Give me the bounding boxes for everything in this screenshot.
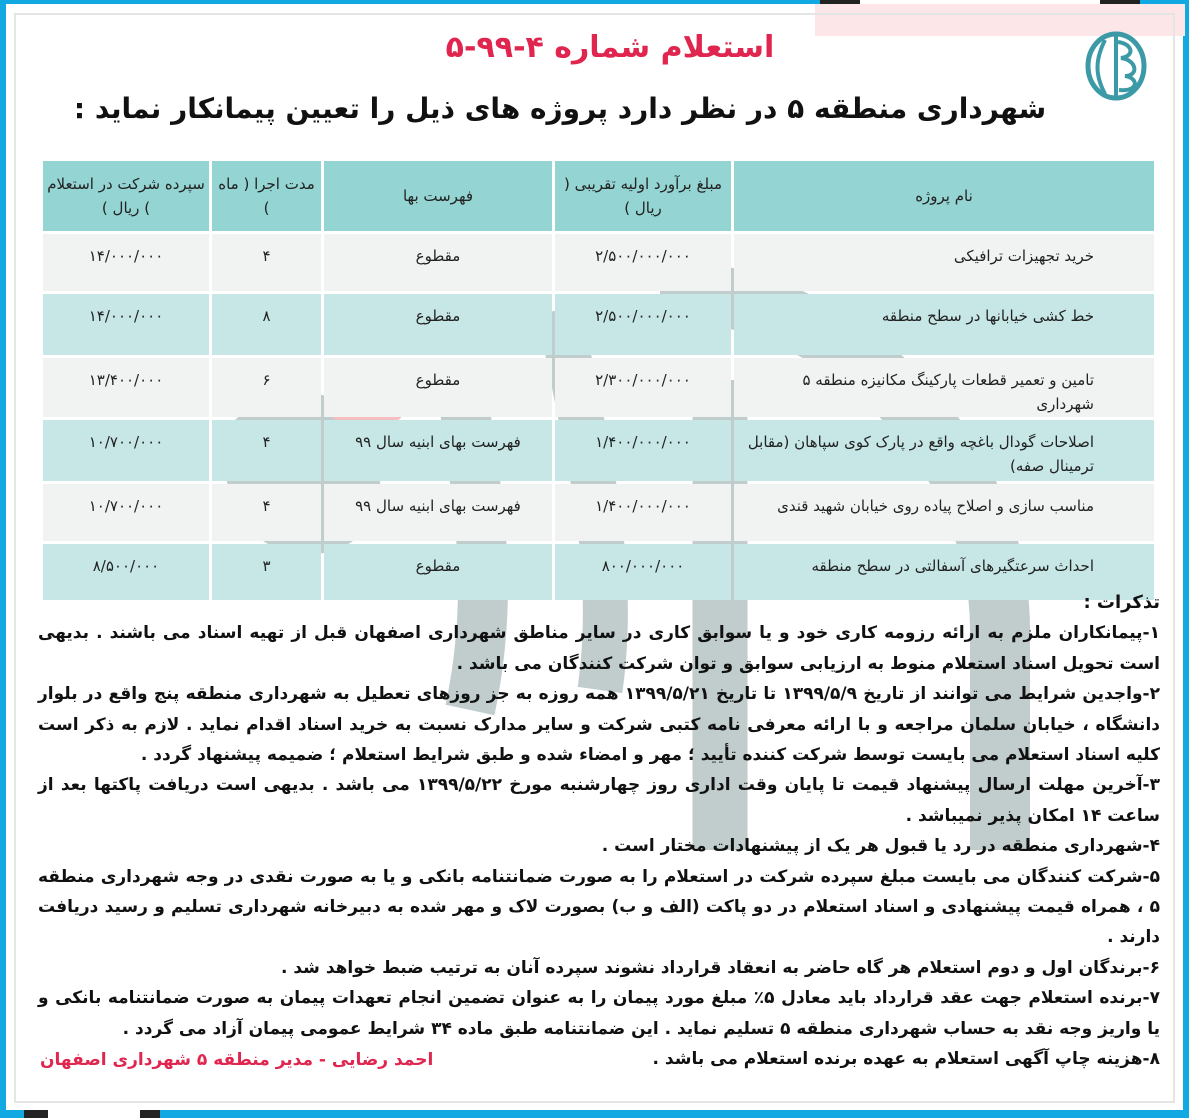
frame-tab-gap (48, 1110, 140, 1118)
cell-estimate: ۲/۵۰۰/۰۰۰/۰۰۰ (555, 234, 731, 291)
cell-duration: ۴ (212, 420, 321, 481)
table-header-row: نام پروژه مبلغ برآورد اولیه تقریبی ( ریا… (43, 161, 1154, 231)
table-row: اصلاحات گودال باغچه واقع در پارک کوی سپا… (43, 420, 1154, 481)
cell-price-list: فهرست بهای ابنیه سال ۹۹ (324, 420, 552, 481)
cell-price-list: مقطوع (324, 234, 552, 291)
cell-deposit: ۱۴/۰۰۰/۰۰۰ (43, 234, 209, 291)
cell-duration: ۸ (212, 294, 321, 355)
isfahan-municipality-logo-icon (1085, 30, 1147, 102)
projects-table: نام پروژه مبلغ برآورد اولیه تقریبی ( ریا… (40, 158, 1157, 603)
cell-duration: ۴ (212, 234, 321, 291)
cell-price-list: مقطوع (324, 294, 552, 355)
cell-project-name: مناسب سازی و اصلاح پیاده روی خیابان شهید… (734, 484, 1154, 541)
column-header-project-name: نام پروژه (734, 161, 1154, 231)
inquiry-title: استعلام شماره ۴-۹۹-۵ (250, 30, 970, 65)
cell-project-name: اصلاحات گودال باغچه واقع در پارک کوی سپا… (734, 420, 1154, 481)
cell-estimate: ۱/۴۰۰/۰۰۰/۰۰۰ (555, 484, 731, 541)
cell-deposit: ۱۳/۴۰۰/۰۰۰ (43, 358, 209, 417)
cell-estimate: ۱/۴۰۰/۰۰۰/۰۰۰ (555, 420, 731, 481)
cell-estimate: ۲/۳۰۰/۰۰۰/۰۰۰ (555, 358, 731, 417)
note-item: ۵-شرکت کنندگان می بایست مبلغ سپرده شرکت … (38, 862, 1160, 953)
cell-project-name: تامین و تعمیر قطعات پارکینگ مکانیزه منطق… (734, 358, 1154, 417)
cell-project-name: خط کشی خیابانها در سطح منطقه (734, 294, 1154, 355)
cell-project-name: خرید تجهیزات ترافیکی (734, 234, 1154, 291)
column-header-price-list: فهرست بها (324, 161, 552, 231)
notes-title: تذکرات : (38, 588, 1160, 618)
note-item: ۱-پیمانکاران ملزم به ارائه رزومه کاری خو… (38, 618, 1160, 679)
cell-deposit: ۱۰/۷۰۰/۰۰۰ (43, 420, 209, 481)
notes-section: تذکرات : ۱-پیمانکاران ملزم به ارائه رزوم… (38, 588, 1160, 1075)
frame-tab-mark (140, 1110, 160, 1118)
cell-duration: ۶ (212, 358, 321, 417)
note-item: ۷-برنده استعلام جهت عقد قرارداد باید معا… (38, 983, 1160, 1044)
table-row: مناسب سازی و اصلاح پیاده روی خیابان شهید… (43, 484, 1154, 541)
note-item: ۴-شهرداری منطقه در رد یا قبول هر یک از پ… (38, 831, 1160, 861)
cell-duration: ۴ (212, 484, 321, 541)
inquiry-subtitle: شهرداری منطقه ۵ در نظر دارد پروژه های ذی… (60, 92, 1060, 125)
frame-tab-mark (24, 1110, 48, 1118)
note-item: ۶-برندگان اول و دوم استعلام هر گاه حاضر … (38, 953, 1160, 983)
table-row: خط کشی خیابانها در سطح منطقه ۲/۵۰۰/۰۰۰/۰… (43, 294, 1154, 355)
note-item: ۳-آخرین مهلت ارسال پیشنهاد قیمت تا پایان… (38, 770, 1160, 831)
column-header-duration: مدت اجرا ( ماه ) (212, 161, 321, 231)
note-item: ۲-واجدین شرایط می توانند از تاریخ ۱۳۹۹/۵… (38, 679, 1160, 770)
signature: احمد رضایی - مدیر منطقه ۵ شهرداری اصفهان (40, 1050, 440, 1070)
cell-price-list: مقطوع (324, 358, 552, 417)
cell-deposit: ۱۰/۷۰۰/۰۰۰ (43, 484, 209, 541)
column-header-estimate: مبلغ برآورد اولیه تقریبی ( ریال ) (555, 161, 731, 231)
cell-price-list: فهرست بهای ابنیه سال ۹۹ (324, 484, 552, 541)
table-row: تامین و تعمیر قطعات پارکینگ مکانیزه منطق… (43, 358, 1154, 417)
table-row: خرید تجهیزات ترافیکی ۲/۵۰۰/۰۰۰/۰۰۰ مقطوع… (43, 234, 1154, 291)
cell-estimate: ۲/۵۰۰/۰۰۰/۰۰۰ (555, 294, 731, 355)
column-header-deposit: سپرده شرکت در استعلام ) ریال ) (43, 161, 209, 231)
cell-deposit: ۱۴/۰۰۰/۰۰۰ (43, 294, 209, 355)
